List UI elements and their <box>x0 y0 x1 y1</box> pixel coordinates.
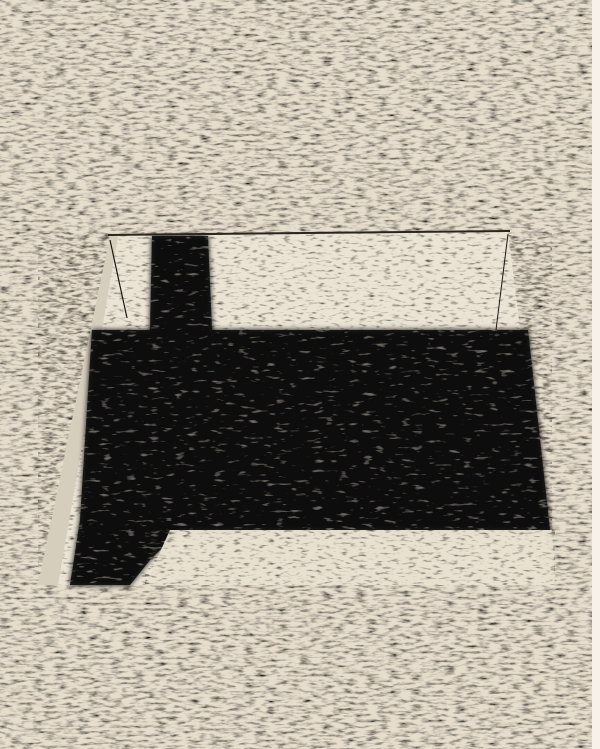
photo-scene <box>0 0 600 749</box>
photo-border <box>592 0 600 749</box>
photograph <box>0 0 600 749</box>
lower-reflection <box>145 530 555 585</box>
